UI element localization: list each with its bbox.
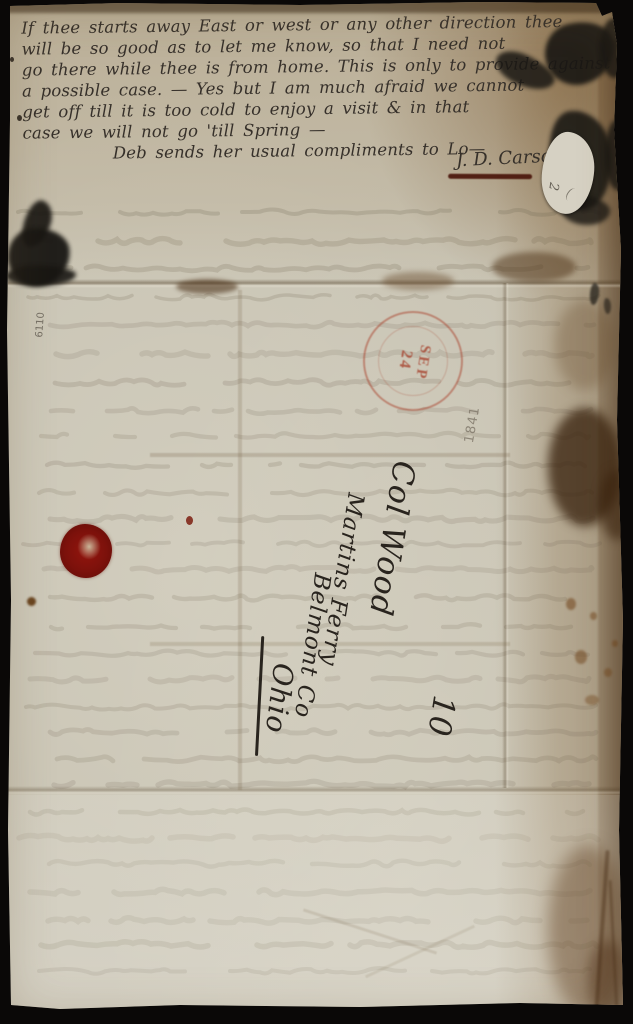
stain-red-fleck	[186, 516, 193, 525]
wax-seal	[60, 524, 112, 578]
stain-speck-3	[575, 650, 587, 664]
postmark-day: 24	[394, 348, 415, 371]
ink-blot-lower-edge	[605, 120, 633, 190]
patch-fragment-writing: 2	[545, 181, 561, 192]
stain-speck-4	[604, 668, 612, 677]
stain-speck-1	[566, 598, 576, 610]
speck-top-left-2	[10, 57, 14, 62]
crease-vertical-left	[238, 290, 242, 790]
stain-speck-5	[585, 695, 599, 705]
ink-blot-top-right-edge	[600, 18, 633, 78]
stain-smear-below-blot	[492, 252, 576, 282]
stain-fold-smudge-1	[176, 279, 238, 294]
patch-fragment-curve	[564, 186, 579, 203]
speck-top-left-1	[17, 115, 22, 121]
stain-speck-left	[27, 597, 36, 606]
postmark-stamp: SEP 24	[363, 311, 463, 411]
fold-line-horizontal-lower	[8, 786, 620, 795]
scan-background: If thee starts away East or west or any …	[0, 0, 633, 1024]
paper: If thee starts away East or west or any …	[0, 0, 633, 1024]
stain-fold-smudge-2	[382, 272, 454, 290]
stain-speck-6	[612, 640, 618, 647]
signature-underline	[448, 174, 532, 179]
stain-speck-2	[590, 612, 597, 620]
stain-bottom-right-dark	[588, 940, 628, 1020]
fold-line-vertical	[502, 283, 509, 788]
postmark-date: SEP 24	[393, 340, 433, 382]
crease-horizontal-mid-1	[150, 453, 510, 457]
stain-dark-right-middle-2	[600, 470, 633, 540]
